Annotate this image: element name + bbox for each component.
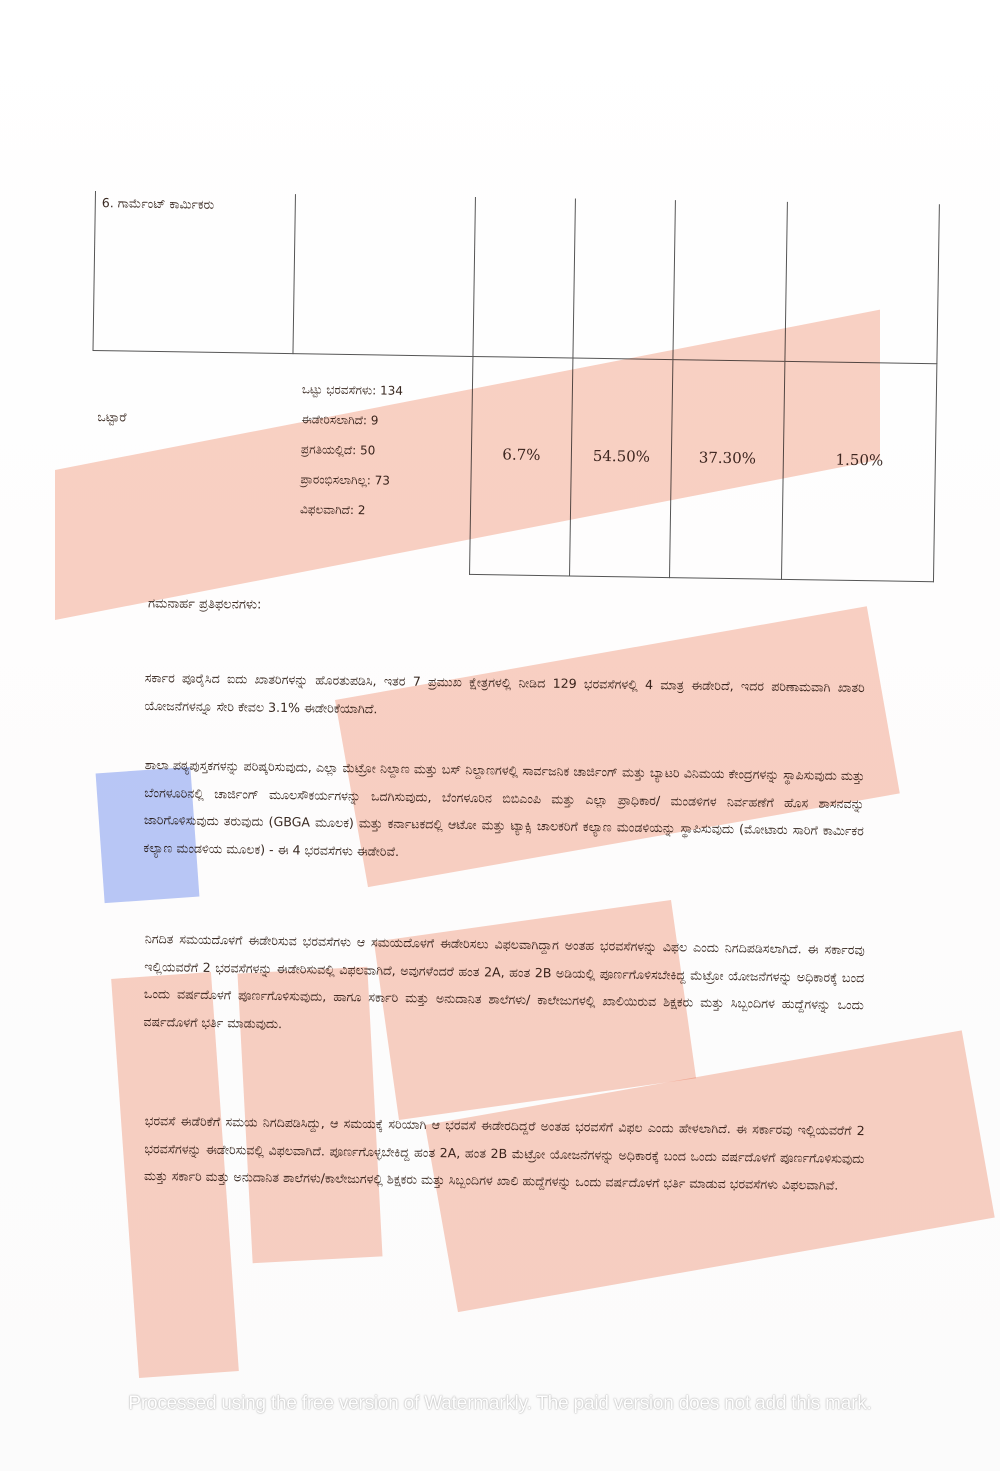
- category-label: 6. ಗಾರ್ಮೆಂಟ್ ಕಾರ್ಮಿಕರು: [102, 195, 215, 213]
- total-row-label: ಒಟ್ಟಾರೆ: [97, 409, 126, 425]
- paragraph-summary: ಸರ್ಕಾರ ಪೂರೈಸಿದ ಐದು ಖಾತರಿಗಳನ್ನು ಹೊರತುಪಡಿಸ…: [144, 664, 865, 729]
- paragraph-fulfilled: ಶಾಲಾ ಪಠ್ಯಪುಸ್ತಕಗಳನ್ನು ಪರಿಷ್ಕರಿಸುವುದು, ಎಲ…: [143, 751, 865, 872]
- paragraph-failed-summary: ಭರವಸೆ ಈಡೆರಿಕೆಗೆ ಸಮಯ ನಿಗದಿಪಡಿಸಿದ್ದು, ಆ ಸಮ…: [144, 1107, 865, 1200]
- stat-fulfilled: ಈಡೇರಿಸಲಾಗಿದೆ: 9: [301, 404, 403, 436]
- pct-failed: 1.50%: [784, 450, 935, 470]
- pct-fulfilled: 6.7%: [472, 445, 571, 465]
- table-row-total: ಒಟ್ಟಾರೆ ಒಟ್ಟು ಭರವಸೆಗಳು: 134 ಈಡೇರಿಸಲಾಗಿದೆ…: [89, 351, 937, 582]
- promise-stats: ಒಟ್ಟು ಭರವಸೆಗಳು: 134 ಈಡೇರಿಸಲಾಗಿದೆ: 9 ಪ್ರಗ…: [300, 374, 403, 526]
- table-row-garment-workers: 6. ಗಾರ್ಮೆಂಟ್ ಕಾರ್ಮಿಕರು: [92, 191, 939, 364]
- status-table: 6. ಗಾರ್ಮೆಂಟ್ ಕಾರ್ಮಿಕರು ಒಟ್ಟಾರೆ ಒಟ್ಟು ಭರವ…: [89, 191, 940, 582]
- watermark-text: Processed using the free version of Wate…: [0, 1393, 1000, 1415]
- stat-failed: ವಿಫಲವಾಗಿದೆ: 2: [300, 494, 402, 526]
- pct-in-progress: 54.50%: [572, 447, 671, 467]
- paragraph-failed-definition: ನಿಗದಿತ ಸಮಯದೊಳಗೆ ಈಡೇರಿಸುವ ಭರವಸೆಗಳು ಆ ಸಮಯದ…: [143, 925, 865, 1046]
- stat-total: ಒಟ್ಟು ಭರವಸೆಗಳು: 134: [302, 374, 404, 406]
- document-page: 6. ಗಾರ್ಮೆಂಟ್ ಕಾರ್ಮಿಕರು ಒಟ್ಟಾರೆ ಒಟ್ಟು ಭರವ…: [0, 0, 1000, 1471]
- stat-not-started: ಪ್ರಾರಂಭಿಸಲಾಗಿಲ್ಲ: 73: [300, 464, 402, 496]
- pct-not-started: 37.30%: [672, 448, 783, 468]
- section-heading: ಗಮನಾರ್ಹ ಪ್ರತಿಫಲನಗಳು:: [148, 596, 262, 612]
- stat-in-progress: ಪ್ರಗತಿಯಲ್ಲಿದೆ: 50: [301, 434, 403, 466]
